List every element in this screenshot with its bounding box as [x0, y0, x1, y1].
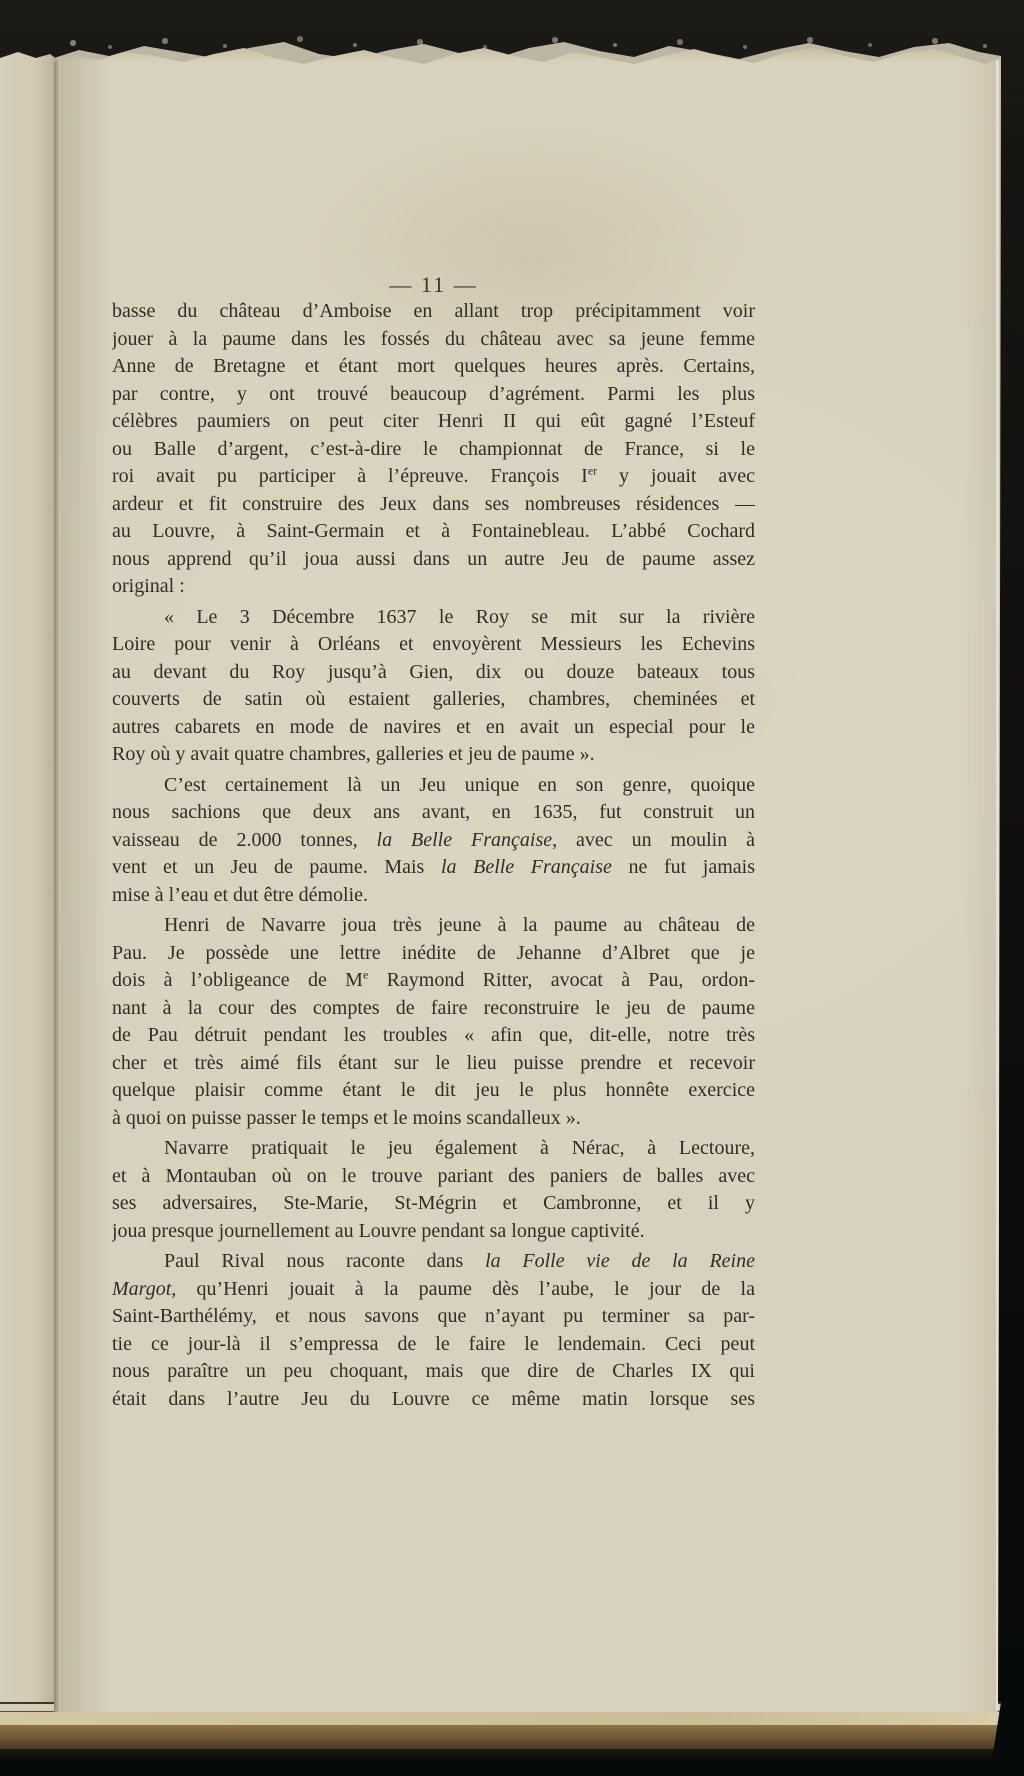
text-line: basse du château d’Amboise en allant tro…: [112, 298, 755, 326]
text-line: Henri de Navarre joua très jeune à la pa…: [112, 912, 755, 940]
text-line: nant à la cour des comptes de faire reco…: [112, 995, 755, 1023]
text-line: à quoi on puisse passer le temps et le m…: [112, 1105, 755, 1133]
page-edges-tan: [0, 1711, 1001, 1725]
text-line: par contre, y ont trouvé beaucoup d’agré…: [112, 381, 755, 409]
text-line: ses adversaires, Ste-Marie, St-Mégrin et…: [112, 1190, 755, 1218]
text-block: basse du château d’Amboise en allant tro…: [112, 298, 755, 1416]
page-number: — 11 —: [112, 272, 755, 298]
text-line: mise à l’eau et dut être démolie.: [112, 882, 755, 910]
text-line: de Pau détruit pendant les troubles « af…: [112, 1022, 755, 1050]
book-page: — 11 — basse du château d’Amboise en all…: [54, 40, 1001, 1712]
text-line: nous sachions que deux ans avant, en 163…: [112, 799, 755, 827]
text-line: joua presque journellement au Louvre pen…: [112, 1218, 755, 1246]
text-line: était dans l’autre Jeu du Louvre ce même…: [112, 1386, 755, 1414]
text-line: célèbres paumiers on peut citer Henri II…: [112, 408, 755, 436]
text-line: jouer à la paume dans les fossés du chât…: [112, 326, 755, 354]
text-line: au devant du Roy jusqu’à Gien, dix ou do…: [112, 659, 755, 687]
text-line: et à Montauban où on le trouve pariant d…: [112, 1163, 755, 1191]
text-line: Anne de Bretagne et étant mort quelques …: [112, 353, 755, 381]
scanned-book-photo: — 11 — basse du château d’Amboise en all…: [0, 0, 1024, 1776]
text-line: cher et très aimé fils étant sur le lieu…: [112, 1050, 755, 1078]
paragraph: Navarre pratiquait le jeu également à Né…: [112, 1135, 755, 1245]
text-line: couverts de satin où estaient galleries,…: [112, 686, 755, 714]
gutter-page-edge: [0, 44, 58, 1760]
text-line: Roy où y avait quatre chambres, gallerie…: [112, 741, 755, 769]
text-line: « Le 3 Décembre 1637 le Roy se mit sur l…: [112, 604, 755, 632]
text-line: autres cabarets en mode de navires et en…: [112, 714, 755, 742]
gutter-crease: [54, 40, 61, 1712]
paragraph: « Le 3 Décembre 1637 le Roy se mit sur l…: [112, 604, 755, 769]
text-line: Paul Rival nous raconte dans la Folle vi…: [112, 1248, 755, 1276]
paragraph: Paul Rival nous raconte dans la Folle vi…: [112, 1248, 755, 1413]
paragraph: C’est certainement là un Jeu unique en s…: [112, 772, 755, 910]
text-line: quelque plaisir comme étant le dit jeu l…: [112, 1077, 755, 1105]
text-line: Saint-Barthélémy, et nous savons que n’a…: [112, 1303, 755, 1331]
shadow-fade: [0, 1749, 1001, 1763]
text-line: au Louvre, à Saint-Germain et à Fontaine…: [112, 518, 755, 546]
text-line: original :: [112, 573, 755, 601]
page-right-edge-highlight: [996, 60, 999, 1710]
paragraph: Henri de Navarre joua très jeune à la pa…: [112, 912, 755, 1132]
text-line: ou Balle d’argent, c’est-à-dire le champ…: [112, 436, 755, 464]
paragraph: basse du château d’Amboise en allant tro…: [112, 298, 755, 601]
text-line: Pau. Je possède une lettre inédite de Je…: [112, 940, 755, 968]
text-line: ardeur et fit construire des Jeux dans s…: [112, 491, 755, 519]
text-line: vaisseau de 2.000 tonnes, la Belle Franç…: [112, 827, 755, 855]
text-line: dois à l’obligeance de Me Raymond Ritter…: [112, 967, 755, 995]
page-edges-brown: [0, 1725, 1001, 1749]
text-line: Loire pour venir à Orléans et envoyèrent…: [112, 631, 755, 659]
text-line: vent et un Jeu de paume. Mais la Belle F…: [112, 854, 755, 882]
text-line: tie ce jour-là il s’empressa de le faire…: [112, 1331, 755, 1359]
text-line: roi avait pu participer à l’épreuve. Fra…: [112, 463, 755, 491]
text-line: nous paraître un peu choquant, mais que …: [112, 1358, 755, 1386]
text-line: Margot, qu’Henri jouait à la paume dès l…: [112, 1276, 755, 1304]
text-line: Navarre pratiquait le jeu également à Né…: [112, 1135, 755, 1163]
text-line: nous apprend qu’il joua aussi dans un au…: [112, 546, 755, 574]
torn-edge-fibers: [54, 52, 56, 54]
text-line: C’est certainement là un Jeu unique en s…: [112, 772, 755, 800]
